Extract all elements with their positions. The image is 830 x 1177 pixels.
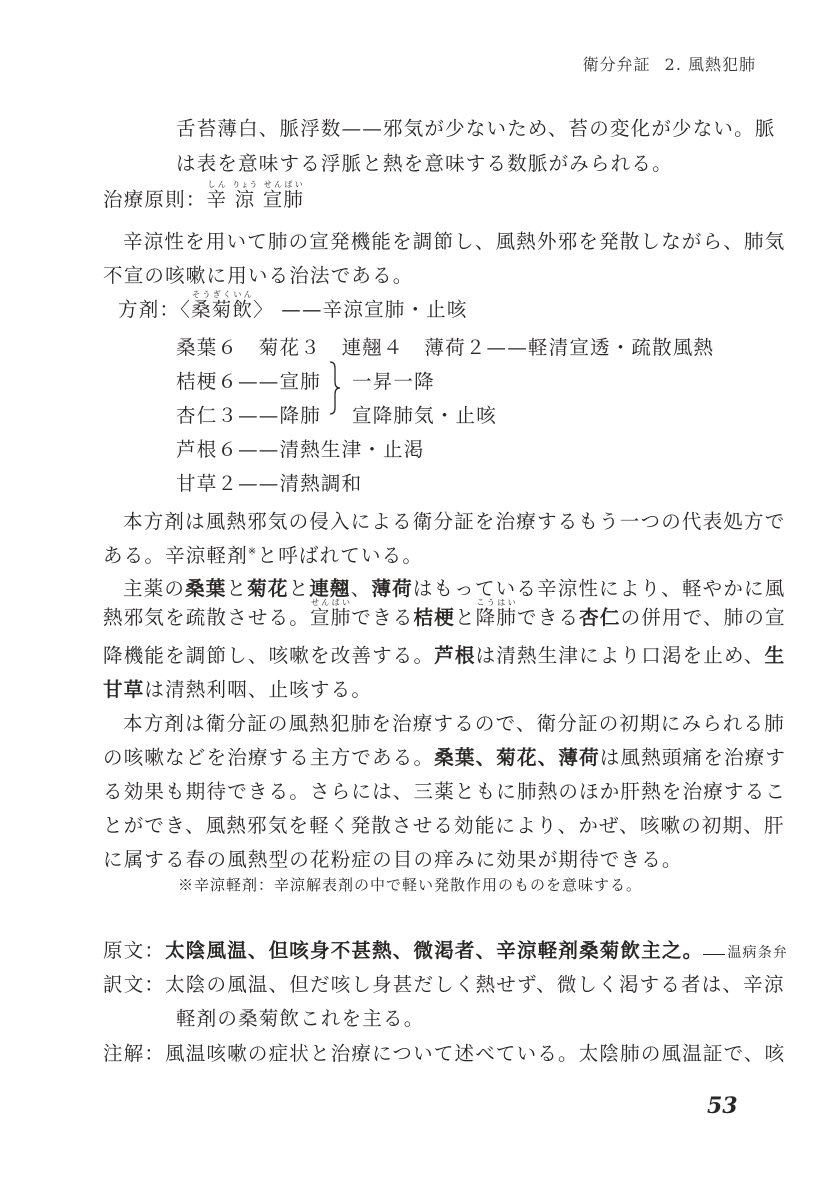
- ruby-senpai: 宣肺せんぱい: [310, 606, 351, 629]
- original-text: 太陰風温、但咳身不甚熱、微渇者、辛涼軽剤桑菊飲主之。: [165, 939, 703, 962]
- paragraph-3-line-5: に属する春の風熱型の花粉症の目の痒みに効果が期待できる。: [103, 844, 683, 872]
- term-senpai: 宣肺せんぱい: [263, 188, 304, 211]
- running-head-subsection: 2. 風熱犯肺: [665, 55, 756, 74]
- translation-line-1: 訳文：太陰の風温、但だ咳し身甚だしく熱せず、微しく渇する者は、辛涼: [103, 969, 785, 997]
- paragraph-3-line-3: る効果も期待できる。さらには、三薬ともに肺熱のほか肝熱を治療するこ: [103, 776, 786, 804]
- treatment-desc-line-1: 辛涼性を用いて肺の宣発機能を調節し、風熱外邪を発散しながら、肺気: [123, 226, 785, 254]
- footnote-mark: ※: [248, 547, 258, 558]
- treatment-desc-line-2: 不宣の咳嗽に用いる治法である。: [103, 260, 414, 288]
- formula-row-effect: ——軽清宣透・疏散風熱: [487, 336, 715, 359]
- formula-row-5: 甘草２——清熱調和: [176, 468, 362, 496]
- formula-name: 桑菊飲そうぎくいん: [191, 298, 253, 321]
- paragraph-2-line-1: 主薬の桑葉と菊花と連翹、薄荷はもっている辛涼性により、軽やかに風: [123, 573, 785, 601]
- original-label: 原文：: [103, 939, 165, 962]
- translation-line-2: 軽剤の桑菊飲これを主る。: [176, 1003, 424, 1031]
- paragraph-2-line-3: 降機能を調節し、咳嗽を改善する。芦根は清熱生津により口渇を止め、生: [103, 640, 785, 668]
- formula-row-2: 桔梗６——宣肺: [176, 366, 321, 394]
- treatment-principle-heading: 治療原則：辛しん 涼りょう 宣肺せんぱい: [103, 180, 304, 212]
- right-brace-icon: [329, 360, 341, 416]
- paragraph-3-line-1: 本方剤は衛分証の風熱犯肺を治療するので、衛分証の初期にみられる肺: [123, 708, 785, 736]
- formula-heading: 方剤：〈桑菊飲そうぎくいん〉 ——辛涼宣肺・止咳: [118, 290, 468, 322]
- formula-row-effect: ——清熱調和: [238, 472, 362, 495]
- formula-row-herbs: 芦根６: [176, 438, 238, 461]
- translation-label: 訳文：: [103, 973, 165, 996]
- formula-row-effect: ——宣肺: [238, 370, 321, 393]
- paragraph-2-line-2: 熱邪気を疏散させる。宣肺せんぱいできる桔梗と降肺こうはいできる杏仁の併用で、肺の…: [103, 598, 786, 630]
- symptom-line-2: は表を意味する浮脈と熱を意味する数脈がみられる。: [176, 148, 673, 176]
- running-head: 衛分弁証2. 風熱犯肺: [583, 52, 756, 75]
- term-ryo: 涼りょう: [235, 188, 256, 211]
- commentary-label: 注解：: [103, 1042, 165, 1065]
- formula-row-effect: ——清熱生津・止渇: [238, 438, 424, 461]
- brace-note-1: 一昇一降: [352, 366, 435, 394]
- original-source: 温病条弁: [727, 945, 788, 961]
- paragraph-3-line-4: とができ、風熱邪気を軽く発散させる効能により、かぜ、咳嗽の初期、肝: [103, 810, 785, 838]
- book-page: 衛分弁証2. 風熱犯肺 舌苔薄白、脈浮数——邪気が少ないため、苔の変化が少ない。…: [0, 0, 830, 1177]
- formula-row-1: 桑葉６ 菊花３ 連翹４ 薄荷２——軽清宣透・疏散風熱: [176, 332, 714, 360]
- page-number: 53: [707, 1093, 738, 1119]
- term-shin: 辛しん: [207, 188, 228, 211]
- formula-effect: ——辛涼宣肺・止咳: [281, 298, 467, 321]
- symptom-line-1: 舌苔薄白、脈浮数——邪気が少ないため、苔の変化が少ない。脈: [176, 113, 776, 141]
- formula-row-herbs: 杏仁３: [176, 404, 238, 427]
- formula-row-herbs: 桔梗６: [176, 370, 238, 393]
- footnote: ※辛涼軽剤：辛涼解表剤の中で軽い発散作用のものを意味する。: [178, 874, 642, 895]
- treatment-principle-label: 治療原則：: [103, 188, 207, 211]
- commentary-line-1: 注解：風温咳嗽の症状と治療について述べている。太陰肺の風温証で、咳: [103, 1038, 785, 1066]
- formula-row-herbs: 甘草２: [176, 472, 238, 495]
- paragraph-3-line-2: の咳嗽などを治療する主方である。桑葉、菊花、薄荷は風熱頭痛を治療す: [103, 742, 786, 770]
- paragraph-1-line-1: 本方剤は風熱邪気の侵入による衛分証を治療するもう一つの代表処方で: [123, 506, 785, 534]
- formula-row-3: 杏仁３——降肺: [176, 400, 321, 428]
- ruby-kohai: 降肺こうはい: [476, 606, 517, 629]
- formula-row-effect: ——降肺: [238, 404, 321, 427]
- formula-label: 方剤：: [118, 298, 180, 321]
- formula-row-herbs: 桑葉６ 菊花３ 連翹４ 薄荷２: [176, 336, 487, 359]
- paragraph-1-line-2: ある。辛涼軽剤※と呼ばれている。: [103, 540, 423, 568]
- brace-note-2: 宣降肺気・止咳: [352, 400, 497, 428]
- paragraph-2-line-4: 甘草は清熱利咽、止咳する。: [103, 674, 372, 702]
- original-text-line: 原文：太陰風温、但咳身不甚熱、微渇者、辛涼軽剤桑菊飲主之。温病条弁: [103, 935, 788, 963]
- source-underline: [703, 954, 725, 955]
- running-head-section: 衛分弁証: [583, 55, 651, 74]
- formula-row-4: 芦根６——清熱生津・止渇: [176, 434, 424, 462]
